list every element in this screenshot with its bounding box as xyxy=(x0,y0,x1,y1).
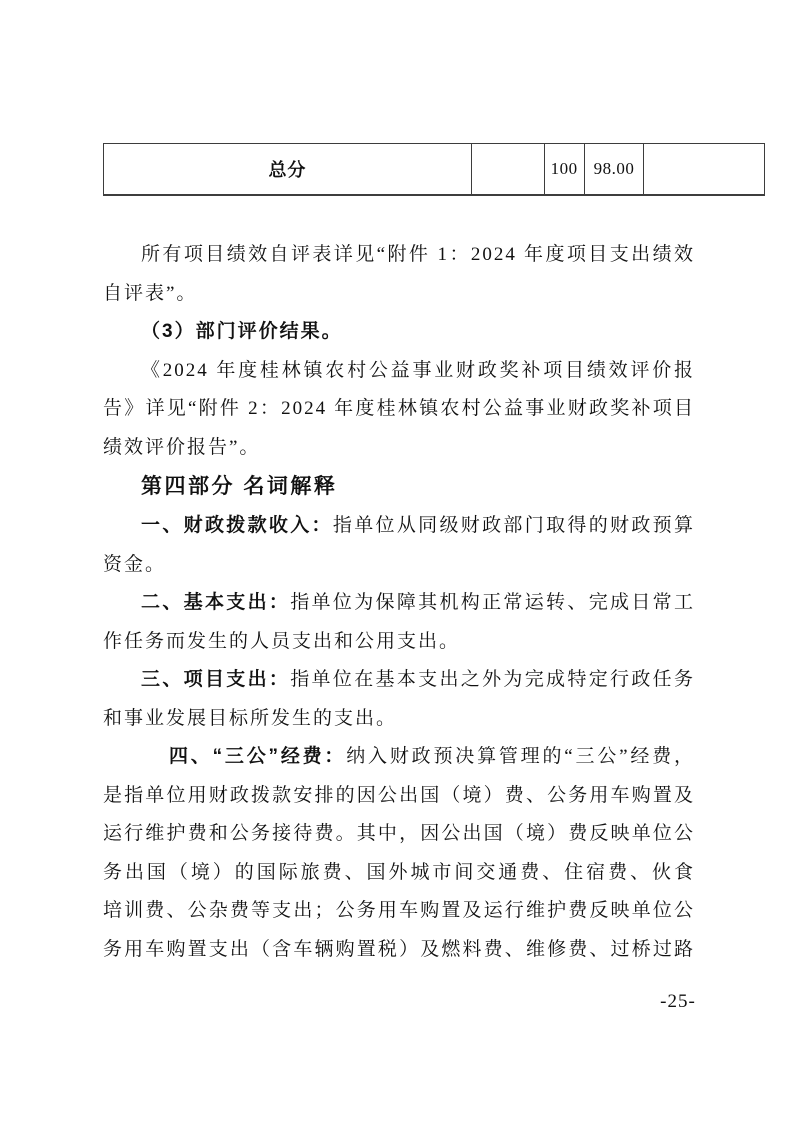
table-cell-empty xyxy=(472,144,545,194)
text-line: 作任务而发生的人员支出和公用支出。 xyxy=(103,623,695,662)
text-line: 是指单位用财政拨款安排的因公出国（境）费、公务用车购置及 xyxy=(103,777,695,816)
text-line: 三、项目支出：指单位在基本支出之外为完成特定行政任务 xyxy=(103,661,695,700)
text-line: 第四部分 名词解释 xyxy=(103,467,695,507)
text-line: 四、“三公”经费：纳入财政预决算管理的“三公”经费， xyxy=(103,738,695,777)
table-cell-score: 98.00 xyxy=(585,144,645,194)
table-cell-empty xyxy=(644,144,764,194)
text-line: 一、财政拨款收入：指单位从同级财政部门取得的财政预算 xyxy=(103,507,695,546)
text-line: 务用车购置支出（含车辆购置税）及燃料费、维修费、过桥过路 xyxy=(103,931,695,970)
page-number: -25- xyxy=(645,991,711,1013)
text-line: 培训费、公杂费等支出；公务用车购置及运行维护费反映单位公 xyxy=(103,892,695,931)
text-line: 运行维护费和公务接待费。其中，因公出国（境）费反映单位公 xyxy=(103,815,695,854)
text-line: 绩效评价报告”。 xyxy=(103,429,695,468)
text-line: 二、基本支出：指单位为保障其机构正常运转、完成日常工 xyxy=(103,584,695,623)
text-line: 务出国（境）的国际旅费、国外城市间交通费、住宿费、伙食费、 xyxy=(103,854,695,893)
text-line: 《2024 年度桂林镇农村公益事业财政奖补项目绩效评价报 xyxy=(103,352,695,391)
text-line: 和事业发展目标所发生的支出。 xyxy=(103,700,695,739)
table-cell-total-label: 总分 xyxy=(104,144,472,194)
text-line: 自评表”。 xyxy=(103,275,695,314)
score-table: 总分 100 98.00 xyxy=(103,143,765,196)
table-cell-full-score: 100 xyxy=(545,144,585,194)
text-line: 所有项目绩效自评表详见“附件 1：2024 年度项目支出绩效 xyxy=(103,236,695,275)
text-line: 告》详见“附件 2：2024 年度桂林镇农村公益事业财政奖补项目 xyxy=(103,390,695,429)
text-line: 资金。 xyxy=(103,546,695,585)
text-line: （3）部门评价结果。 xyxy=(103,313,695,352)
document-page: 总分 100 98.00 所有项目绩效自评表详见“附件 1：2024 年度项目支… xyxy=(0,0,793,1122)
body-text: 所有项目绩效自评表详见“附件 1：2024 年度项目支出绩效自评表”。（3）部门… xyxy=(103,236,695,969)
